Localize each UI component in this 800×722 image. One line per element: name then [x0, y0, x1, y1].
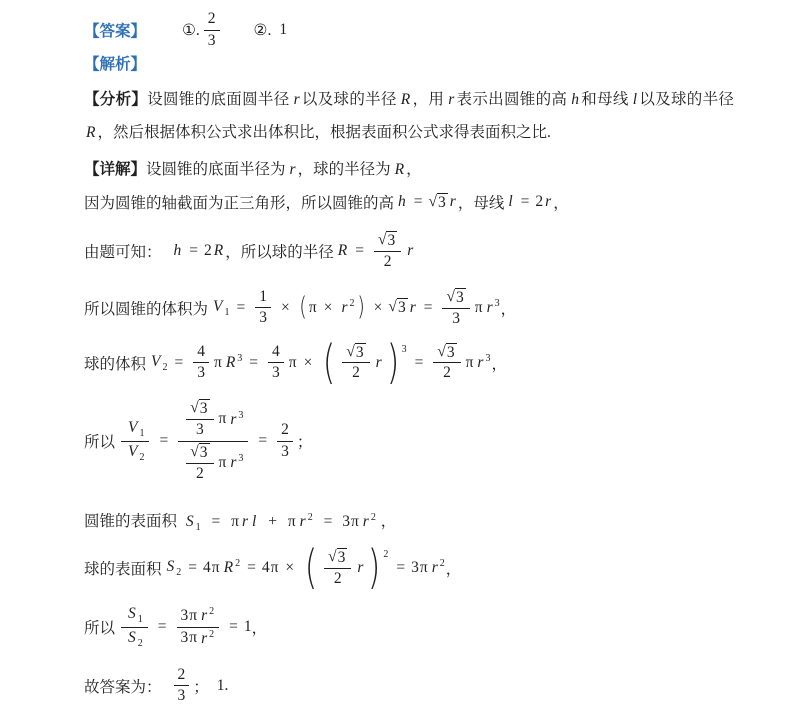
sqrt-3: √3	[378, 231, 397, 250]
big-ratio-fraction: √3 3 π r3 √3 2 π r3	[178, 399, 248, 483]
equals-sign: =	[258, 432, 267, 450]
text-run: 由题可知：	[84, 240, 162, 262]
number: 2	[535, 193, 543, 211]
math-var-h: h	[571, 91, 579, 108]
fenxi-label: 【分析】	[84, 91, 147, 108]
pi-symbol: π	[219, 410, 227, 429]
equals-sign: =	[188, 559, 197, 577]
number: 2	[204, 242, 212, 260]
number: 3	[411, 559, 419, 577]
text-run: 球的体积	[84, 352, 146, 374]
xiangjie-label: 【详解】	[84, 161, 146, 178]
frac-denominator: 3	[193, 363, 209, 383]
pi-symbol: π	[219, 454, 227, 473]
fraction-1-3: 1 3	[255, 288, 271, 328]
equals-sign: =	[212, 513, 221, 530]
group-exponent: 3	[402, 344, 407, 355]
equals-sign: =	[189, 242, 198, 260]
group-exponent: 2	[383, 549, 388, 560]
math-var-l: l	[633, 91, 637, 108]
fraction-sqrt3-3: √3 3	[442, 288, 469, 328]
left-paren: (	[299, 296, 307, 319]
pi-symbol: π	[289, 354, 297, 372]
equals-sign: =	[521, 193, 530, 211]
radical-sign: √	[437, 343, 446, 360]
right-paren: )	[386, 342, 399, 383]
math-var-V2: V2	[149, 353, 167, 373]
volume-ratio-line: 所以 V1 V2 = √3 3 π r3 √3 2 π r3	[84, 399, 736, 483]
fraction-sqrt3-2: √3 2	[433, 343, 460, 383]
fraction-S1-S2: S1 S2	[121, 605, 148, 650]
times-sign: ×	[304, 354, 313, 372]
math-var-R: R	[86, 124, 95, 141]
number: 3	[342, 513, 350, 530]
sphere-volume-line: 球的体积 V2 = 4 3 π R3 = 4 3 π × ( √3 2 r ) …	[84, 342, 736, 383]
comma: ，	[491, 352, 507, 374]
pi-symbol: π	[420, 559, 428, 577]
blank1-marker: ①.	[182, 21, 200, 40]
text-run: 所以	[84, 616, 115, 638]
fraction-2-3: 2 3	[204, 10, 220, 50]
answer-line: 【答案】 ①. 2 3 ②. 1	[84, 10, 736, 50]
radical-sign: √	[328, 548, 337, 565]
math-var-R: R	[338, 242, 347, 260]
cone-volume-line: 所以圆锥的体积为 V1 = 1 3 × ( π × r2 ) × √3 r = …	[84, 288, 736, 328]
text-run: ，所以球的半径	[225, 240, 334, 262]
text-run: 圆锥的表面积	[84, 513, 177, 530]
right-paren: )	[357, 296, 365, 319]
fraction-2-3: 2 3	[174, 666, 190, 706]
frac-numerator: 4	[193, 343, 209, 364]
paren-group-squared: ( √3 2 r ) 2	[302, 547, 388, 588]
radical-sign: √	[446, 288, 455, 305]
frac-denominator: 2	[380, 252, 396, 272]
sqrt-3: √3	[429, 193, 448, 212]
radical-sign: √	[429, 193, 438, 210]
sphere-surface-line: 球的表面积 S2 = 4 π R2 = 4 π × ( √3 2 r ) 2 =…	[84, 547, 736, 588]
frac-denominator: 3	[255, 308, 271, 328]
comma: ，	[381, 513, 397, 530]
fraction-2-3: 2 3	[277, 421, 293, 461]
math-var-r: r	[450, 193, 456, 211]
jiexi-label: 【解析】	[84, 56, 146, 73]
right-paren: )	[368, 547, 381, 588]
text-run: 因为圆锥的轴截面为正三角形，所以圆锥的高	[84, 191, 394, 213]
math-var-R-squared: R2	[222, 558, 240, 577]
pi-symbol: π	[214, 354, 222, 372]
math-var-r-squared: r2	[339, 298, 354, 317]
math-var-R: R	[401, 91, 410, 108]
equals-sign: =	[236, 299, 245, 317]
radius-line: 由题可知： h = 2 R ，所以球的半径 R = √3 2 r	[84, 231, 736, 271]
surface-ratio-line: 所以 S1 S2 = 3πr2 3πr2 = 1 ，	[84, 605, 736, 650]
xiangjie-line: 【详解】设圆锥的底面半径为r，球的半径为R，	[84, 157, 736, 179]
blank2-marker: ②.	[254, 21, 272, 40]
text-run: 所以	[84, 430, 115, 452]
text-run: ，	[406, 161, 422, 178]
semicolon: ；	[193, 675, 209, 697]
text-run: 以及球的半径	[302, 91, 397, 108]
frac-denominator: 3	[448, 309, 464, 329]
radicand: 3	[199, 399, 210, 418]
math-var-r: r	[357, 559, 363, 577]
comma: ，	[252, 616, 268, 638]
pi-symbol: π	[309, 299, 317, 317]
comma: ，	[446, 557, 462, 579]
radicand: 3	[437, 193, 448, 212]
number: 4	[203, 559, 211, 577]
times-sign: ×	[281, 299, 290, 317]
pi-symbol: π	[212, 559, 220, 577]
equals-sign: =	[324, 513, 333, 530]
math-var-r-cubed: r3	[485, 298, 500, 317]
math-var-r: r	[407, 242, 413, 260]
equals-sign: =	[414, 193, 423, 211]
comma: ，	[553, 191, 569, 213]
equals-sign: =	[355, 242, 364, 260]
frac-numerator: √3	[374, 231, 401, 252]
jiexi-line: 【解析】	[84, 52, 736, 74]
text-run: ，然后根据体积公式求出体积比，根据表面积公式求得表面积之比.	[97, 124, 550, 141]
math-var-h: h	[174, 242, 182, 260]
fraction-sqrt3-2: √3 2	[374, 231, 401, 271]
math-var-r: r	[545, 193, 551, 211]
radicand: 3	[386, 231, 397, 250]
frac-numerator: √3	[442, 288, 469, 309]
equals-sign: =	[158, 618, 167, 636]
paren-group-cubed: ( √3 2 r ) 3	[320, 342, 406, 383]
cone-surface-line: 圆锥的表面积 S1 = πrl + πr2 = 3πr2 ，	[84, 509, 736, 533]
radicand: 3	[397, 298, 408, 317]
pi-symbol: π	[271, 559, 279, 577]
number: 1	[244, 618, 252, 636]
radical-sign: √	[378, 231, 387, 248]
radical-sign: √	[388, 298, 397, 315]
text-run: 表示出圆锥的高	[456, 91, 567, 108]
sqrt-3: √3	[388, 298, 407, 317]
equals-sign: =	[229, 618, 238, 636]
math-var-R: R	[395, 161, 404, 178]
frac-numerator: 1	[255, 288, 271, 309]
text-run: 球的表面积	[84, 557, 162, 579]
radical-sign: √	[190, 443, 199, 460]
frac-denominator: 3	[268, 363, 284, 383]
fraction-sqrt3-2: √3 2	[342, 343, 369, 383]
equals-sign: =	[396, 559, 405, 577]
radical-sign: √	[190, 399, 199, 416]
times-sign: ×	[374, 299, 383, 317]
frac-denominator: 2	[348, 363, 364, 383]
math-var-R: R	[214, 242, 223, 260]
math-var-S1: S1	[184, 513, 201, 533]
answer-label: 【答案】	[84, 19, 146, 41]
text-run: 和母线	[581, 91, 629, 108]
pi-symbol: π	[466, 354, 474, 372]
equals-sign: =	[247, 559, 256, 577]
math-var-l: l	[508, 193, 512, 211]
math-var-r-cubed: r3	[475, 353, 490, 372]
radicand: 3	[455, 288, 466, 307]
radicand: 3	[337, 548, 348, 567]
fraction-4-3: 4 3	[268, 343, 284, 383]
text-run: 设圆锥的底面圆半径	[147, 91, 289, 108]
equals-sign: =	[424, 299, 433, 317]
paren-group: ( π × r2 )	[298, 296, 366, 319]
plus-sign: +	[268, 513, 277, 530]
math-var-r: r	[376, 354, 382, 372]
pi-symbol: π	[475, 299, 483, 317]
blank2-value: 1	[279, 21, 287, 39]
math-var-r: r	[294, 91, 300, 108]
frac-denominator: 3	[204, 31, 220, 51]
radicand: 3	[199, 443, 210, 462]
text-run: ，球的半径为	[298, 161, 391, 178]
fenxi-paragraph: 【分析】设圆锥的底面圆半径r以及球的半径R，用r表示出圆锥的高h和母线l以及球的…	[84, 84, 736, 149]
math-var-r: r	[410, 299, 416, 317]
times-sign: ×	[324, 299, 333, 317]
math-var-h: h	[398, 193, 406, 211]
frac-numerator: 4	[268, 343, 284, 364]
left-paren: (	[305, 547, 318, 588]
final-answer-line: 故答案为： 2 3 ； 1.	[84, 666, 736, 706]
frac-numerator: 2	[204, 10, 220, 31]
solution-document: 【答案】 ①. 2 3 ②. 1 【解析】 【分析】设圆锥的底面圆半径r以及球的…	[0, 0, 800, 706]
left-paren: (	[323, 342, 336, 383]
radicand: 3	[355, 343, 366, 362]
equals-sign: =	[415, 354, 424, 372]
radical-sign: √	[346, 343, 355, 360]
equals-sign: =	[249, 354, 258, 372]
math-var-R-cubed: R3	[224, 353, 242, 372]
math-var-r: r	[290, 161, 296, 178]
fraction-3pir2-3pir2: 3πr2 3πr2	[177, 606, 220, 648]
comma: ，	[501, 297, 517, 319]
text-run: ，用	[412, 91, 444, 108]
equals-sign: =	[174, 354, 183, 372]
text-run: 故答案为：	[84, 675, 162, 697]
math-var-S2: S2	[165, 558, 182, 578]
fraction-V1-V2: V1 V2	[121, 419, 149, 464]
frac-denominator: 2	[439, 363, 455, 383]
math-var-r: r	[448, 91, 454, 108]
text-run: 以及球的半径	[639, 91, 734, 108]
times-sign: ×	[285, 559, 294, 577]
radicand: 3	[446, 343, 457, 362]
semicolon: ；	[297, 430, 313, 452]
text-run: ，母线	[458, 191, 505, 213]
text-run: 所以圆锥的体积为	[84, 297, 208, 319]
equals-sign: =	[159, 432, 168, 450]
pi-symbol: π	[351, 513, 359, 530]
text-run: 设圆锥的底面半径为	[146, 161, 286, 178]
pi-symbol: π	[288, 513, 296, 530]
height-line: 因为圆锥的轴截面为正三角形，所以圆锥的高 h = √3 r ，母线 l = 2 …	[84, 191, 736, 213]
pi-symbol: π	[231, 513, 239, 530]
fraction-sqrt3-2: √3 2	[324, 548, 351, 588]
math-var-V1: V1	[211, 298, 229, 318]
final-answer-2: 1.	[217, 677, 229, 695]
number: 4	[262, 559, 270, 577]
fraction-4-3: 4 3	[193, 343, 209, 383]
